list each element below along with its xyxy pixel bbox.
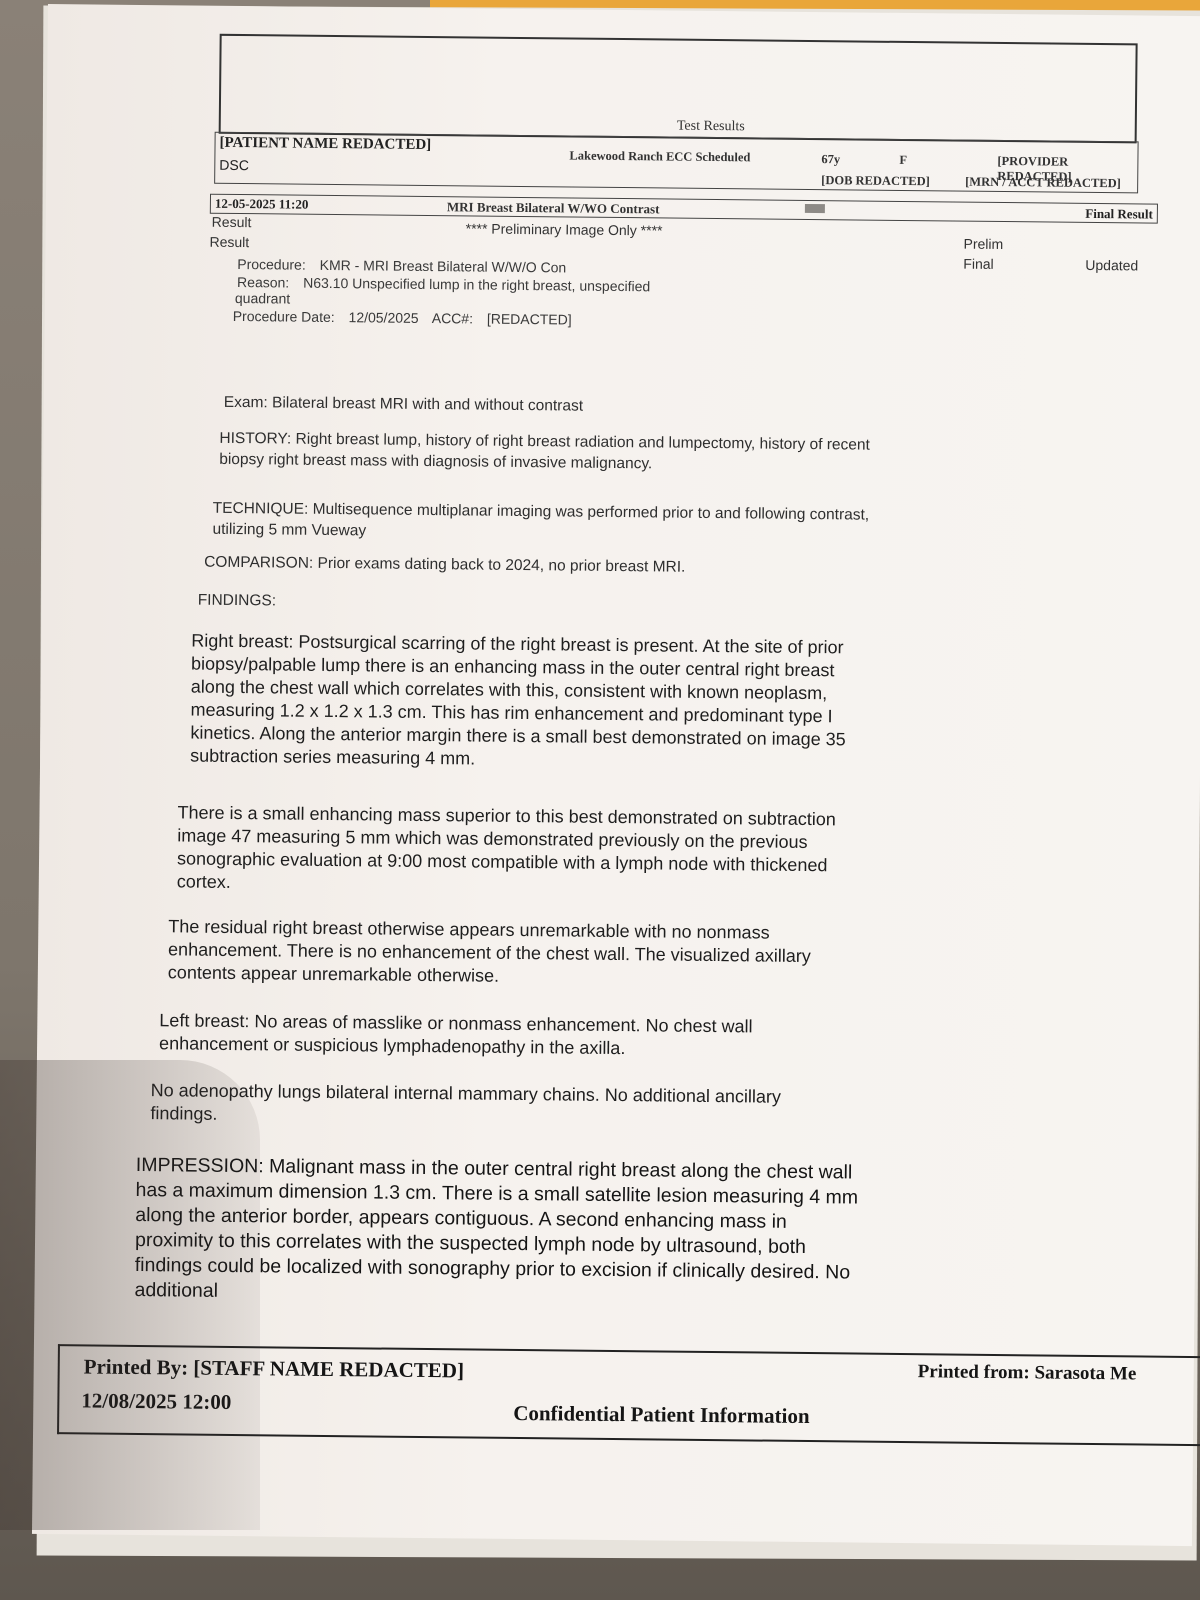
final-label: Final [963, 256, 994, 272]
reason-value: N63.10 Unspecified lump in the right bre… [303, 275, 650, 295]
result-datetime: 12-05-2025 11:20 [215, 196, 309, 213]
patient-info-box: [PATIENT NAME REDACTED] DSC Lakewood Ran… [214, 132, 1138, 194]
procedure-value: KMR - MRI Breast Bilateral W/W/O Con [320, 257, 567, 276]
acc-label: ACC#: [432, 310, 473, 326]
patient-sex: F [899, 153, 907, 168]
procedure-line: Procedure: KMR - MRI Breast Bilateral W/… [237, 256, 566, 275]
procedure-label: Procedure: [237, 256, 306, 273]
comparison-line: COMPARISON: Prior exams dating back to 2… [204, 552, 924, 581]
exam-line: Exam: Bilateral breast MRI with and with… [224, 392, 884, 420]
result-label-2: Result [209, 234, 249, 250]
updated-label: Updated [1085, 257, 1138, 274]
result-status: Final Result [1085, 206, 1153, 223]
preliminary-note: **** Preliminary Image Only **** [466, 220, 663, 238]
patient-ids: [MRN / ACCT REDACTED] [965, 175, 1121, 192]
patient-name: [PATIENT NAME REDACTED] [219, 135, 431, 154]
patient-age: 67y [821, 152, 840, 167]
procedure-date-label: Procedure Date: [233, 308, 335, 325]
acc-value: [REDACTED] [487, 311, 572, 328]
printed-from: Printed from: Sarasota Me [918, 1361, 1137, 1385]
location: Lakewood Ranch ECC Scheduled [569, 148, 750, 165]
header-box: Test Results [219, 34, 1138, 144]
printed-by: Printed By: [STAFF NAME REDACTED] [84, 1354, 465, 1383]
procedure-date-line: Procedure Date: 12/05/2025 ACC#: [REDACT… [233, 308, 572, 328]
reason-line: Reason: N63.10 Unspecified lump in the r… [237, 274, 650, 294]
prelim-label: Prelim [963, 236, 1003, 252]
impression-paragraph: IMPRESSION: Malignant mass in the outer … [134, 1153, 866, 1311]
findings-second-mass: There is a small enhancing mass superior… [177, 801, 878, 900]
procedure-title: MRI Breast Bilateral W/WO Contrast [447, 199, 660, 217]
findings-right-breast: Right breast: Postsurgical scarring of t… [190, 630, 871, 775]
patient-dob: [DOB REDACTED] [821, 173, 930, 189]
findings-left-breast: Left breast: No areas of masslike or non… [159, 1009, 859, 1062]
findings-other: No adenopathy lungs bilateral internal m… [150, 1079, 850, 1132]
history-paragraph: HISTORY: Right breast lump, history of r… [219, 428, 879, 477]
result-bar: 12-05-2025 11:20 MRI Breast Bilateral W/… [210, 194, 1158, 224]
redaction-block [805, 204, 825, 213]
department-code: DSC [219, 157, 249, 173]
reason-continuation: quadrant [235, 290, 290, 307]
technique-paragraph: TECHNIQUE: Multisequence multiplanar ima… [212, 498, 872, 547]
footer-box: Printed By: [STAFF NAME REDACTED] 12/08/… [57, 1344, 1200, 1447]
findings-heading: FINDINGS: [198, 590, 858, 618]
findings-residual: The residual right breast otherwise appe… [168, 915, 869, 991]
report-page: Test Results [PATIENT NAME REDACTED] DSC… [32, 4, 1200, 1546]
procedure-date-value: 12/05/2025 [348, 309, 418, 326]
printed-date: 12/08/2025 12:00 [81, 1388, 231, 1415]
result-label-1: Result [212, 214, 252, 230]
confidential-notice: Confidential Patient Information [513, 1401, 810, 1429]
reason-label: Reason: [237, 274, 289, 291]
header-title: Test Results [677, 119, 745, 136]
